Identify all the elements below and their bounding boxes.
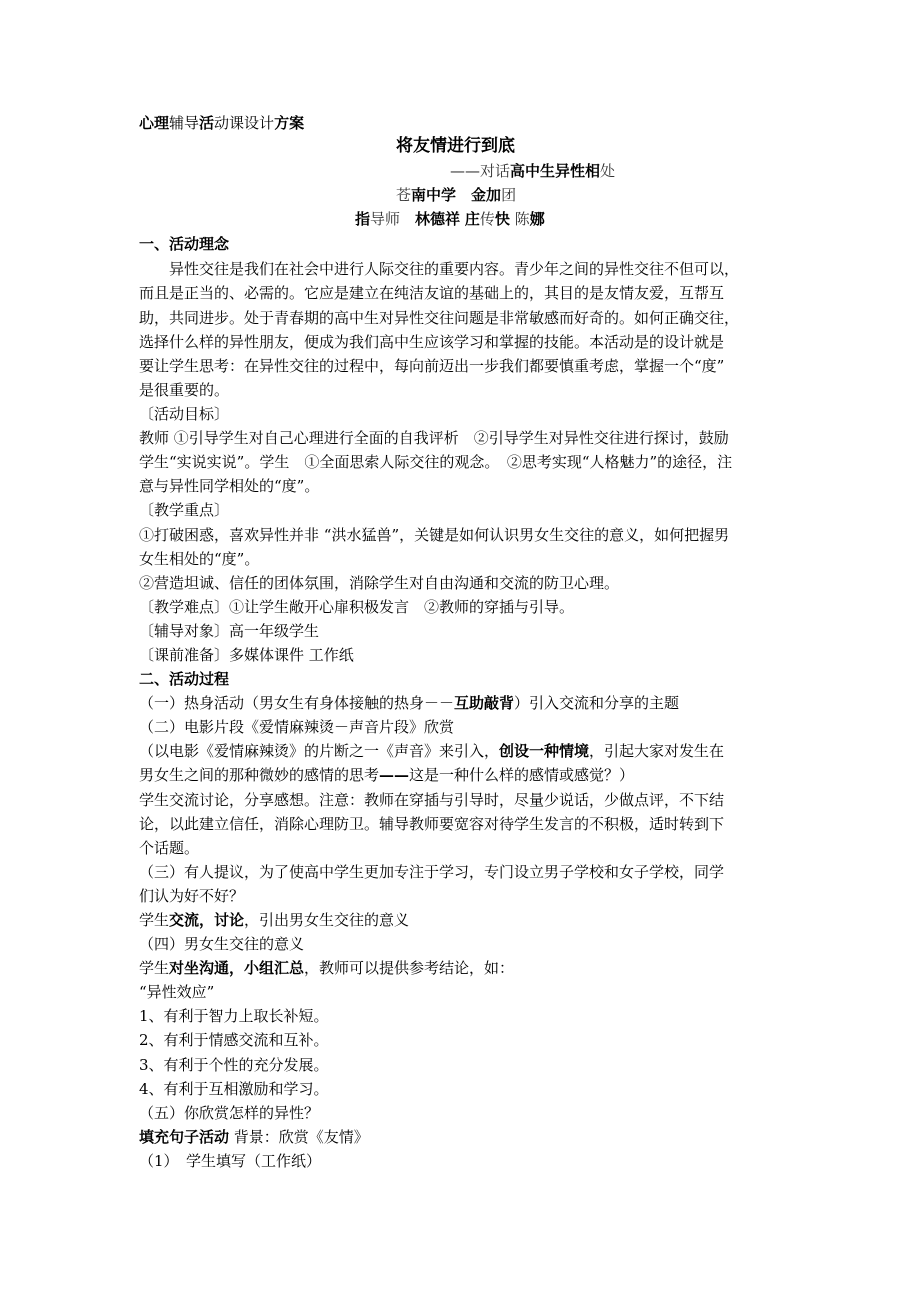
effect-item: 4、有利于互相激励和学习。 (139, 1080, 329, 1098)
focus-line: 女生相处的“度”。 (139, 550, 259, 568)
fill-activity-line: 填充句子活动 背景：欣赏《友情》 (139, 1128, 369, 1146)
paragraph-line: 异性交往是我们在社会中进行人际交往的重要内容。青少年之间的异性交往不但可以， (139, 260, 739, 278)
school-part: 苍 (396, 186, 411, 204)
doc-type-part: 动课设计 (214, 114, 274, 132)
step-line: 们认为好不好？ (139, 887, 244, 905)
advisor-label: 指 (355, 210, 370, 228)
paragraph-line: 要让学生思考：在异性交往的过程中，每向前迈出一步我们都要慎重考虑，掌握一个“度” (139, 357, 724, 375)
school-name: 南中学 (411, 186, 456, 204)
doc-type-part: 心理 (139, 114, 169, 132)
doc-type-part: 辅导 (169, 114, 199, 132)
advisor-name: 陈 (515, 210, 530, 228)
step-text: ）引入交流和分享的主题 (514, 694, 679, 712)
effect-title: “异性效应” (139, 983, 214, 1001)
step-text-bold: 创设一种情境 (499, 742, 589, 760)
paragraph-line: 助，共同进步。处于青春期的高中生对异性交往问题是非常敏感而好奇的。如何正确交往， (139, 309, 739, 327)
step-text: ，教师可以提供参考结论，如： (304, 959, 514, 977)
paragraph-line: 而且是正当的、必需的。它应是建立在纯洁友谊的基础上的，其目的是友情友爱，互帮互 (139, 284, 724, 302)
document-page: 心理辅导活动课设计方案 将友情进行到底 ——对话高中生异性相处 苍南中学 金加团… (0, 0, 920, 1302)
step-text-bold: 交流，讨论 (169, 911, 244, 929)
step-line: （四）男女生交往的意义 (139, 935, 304, 953)
difficulty-line: 〔教学难点〕①让学生敞开心扉积极发言 ②教师的穿插与引导。 (139, 598, 574, 616)
step-line: （三）有人提议，为了使高中学生更加专注于学习，专门设立男子学校和女子学校，同学 (139, 863, 724, 881)
author-name: 金加 (471, 186, 501, 204)
step-text-bold: 对坐沟通，小组汇总 (169, 959, 304, 977)
goals-line: 意与异性同学相处的“度”。 (139, 477, 319, 495)
focus-line: ①打破困惑，喜欢异性并非 “洪水猛兽”，关键是如何认识男女生交往的意义，如何把握… (139, 526, 729, 544)
step-text: 男女生之间的那种微妙的感情的思考 (139, 766, 379, 784)
step-desc-line: （以电影《爱情麻辣烫》的片断之一《声音》来引入，创设一种情境，引起大家对发生在 (139, 742, 724, 760)
note-line: 论，以此建立信任，消除心理防卫。辅导教师要宽容对待学生发言的不积极，适时转到下 (139, 815, 724, 833)
step-text: 学生 (139, 911, 169, 929)
effect-item: 1、有利于智力上取长补短。 (139, 1007, 329, 1025)
section-heading: 一、活动理念 (139, 235, 229, 253)
step-text: （以电影《爱情麻辣烫》的片断之一《声音》来引入， (139, 742, 499, 760)
step-text: 学生 (139, 959, 169, 977)
step-line: （二）电影片段《爱情麻辣烫－声音片段》欣赏 (139, 718, 454, 736)
doc-type-label: 心理辅导活动课设计方案 (139, 114, 304, 132)
goals-label: 〔活动目标〕 (139, 405, 229, 423)
step-text: ，引出男女生交往的意义 (244, 911, 409, 929)
subtitle-part: 高中生异性相 (510, 162, 600, 180)
step-text: 这是一种什么样的感情或感觉？） (409, 766, 634, 784)
doc-type-part: 方案 (274, 114, 304, 132)
subtitle-part: ——对话 (450, 162, 510, 180)
step-text-bold: 互助敲背 (454, 694, 514, 712)
note-line: 学生交流，讨论，引出男女生交往的意义 (139, 911, 409, 929)
advisor-line: 指导师 林德祥 庄传快 陈娜 (355, 210, 545, 228)
effect-item: 3、有利于个性的充分发展。 (139, 1056, 329, 1074)
focus-label: 〔教学重点〕 (139, 501, 229, 519)
fill-activity-label: 填充句子活动 (139, 1128, 229, 1146)
note-line: 个话题。 (139, 839, 199, 857)
step-desc-line: 男女生之间的那种微妙的感情的思考——这是一种什么样的感情或感觉？） (139, 766, 634, 784)
advisor-name: 庄 (465, 210, 480, 228)
advisor-label: 导师 (370, 210, 400, 228)
school-author-line: 苍南中学 金加团 (396, 186, 516, 204)
step-text: （一）热身活动（男女生有身体接触的热身－－ (139, 694, 454, 712)
step-line: （一）热身活动（男女生有身体接触的热身－－互助敲背）引入交流和分享的主题 (139, 694, 679, 712)
page-title: 将友情进行到底 (396, 137, 515, 155)
advisor-name: 林德祥 (415, 210, 460, 228)
page-subtitle: ——对话高中生异性相处 (450, 162, 615, 180)
goals-line: 教师 ①引导学生对自己心理进行全面的自我评析 ②引导学生对异性交往进行探讨，鼓励 (139, 429, 729, 447)
prep-line: 〔课前准备〕多媒体课件 工作纸 (139, 646, 354, 664)
note-line: 学生对坐沟通，小组汇总，教师可以提供参考结论，如： (139, 959, 514, 977)
advisor-name: 娜 (530, 210, 545, 228)
step-text: ，引起大家对发生在 (589, 742, 724, 760)
advisor-name: 传 (480, 210, 495, 228)
advisor-name: 快 (495, 210, 510, 228)
fill-step-line: （1） 学生填写（工作纸） (139, 1152, 321, 1170)
paragraph-line: 是很重要的。 (139, 381, 229, 399)
goals-line: 学生“实说实说”。学生 ①全面思索人际交往的观念。 ②思考实现“人格魅力”的途径… (139, 453, 732, 471)
author-part: 团 (501, 186, 516, 204)
step-text-bold: —— (379, 766, 409, 784)
effect-item: 2、有利于情感交流和互补。 (139, 1031, 329, 1049)
focus-line: ②营造坦诚、信任的团体氛围，消除学生对自由沟通和交流的防卫心理。 (139, 574, 619, 592)
target-line: 〔辅导对象〕高一年级学生 (139, 622, 319, 640)
step-line: （五）你欣赏怎样的异性？ (139, 1104, 319, 1122)
section-heading: 二、活动过程 (139, 670, 229, 688)
doc-type-part: 活 (199, 114, 214, 132)
note-line: 学生交流讨论，分享感想。注意：教师在穿插与引导时，尽量少说话，少做点评，不下结 (139, 791, 724, 809)
fill-activity-bg: 背景：欣赏《友情》 (229, 1128, 369, 1146)
paragraph-line: 选择什么样的异性朋友，便成为我们高中生应该学习和掌握的技能。本活动是的设计就是 (139, 333, 724, 351)
subtitle-part: 处 (600, 162, 615, 180)
